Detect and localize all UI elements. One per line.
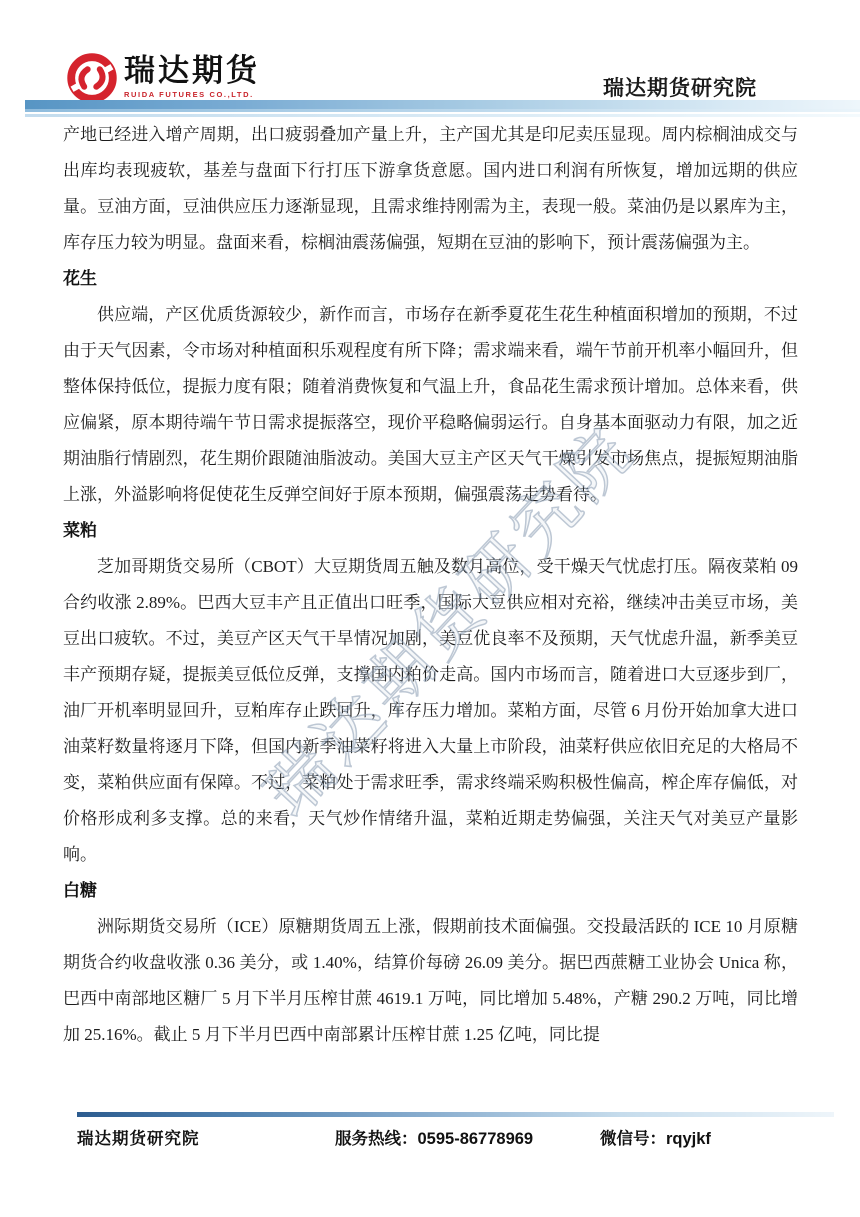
footer-hotline-number: 0595-86778969 — [418, 1130, 534, 1148]
report-page: 瑞达期货 RUIDA FUTURES CO.,LTD. 瑞达期货研究院 瑞达期货… — [0, 0, 860, 1217]
section-heading-rapeseed-meal: 菜粕 — [63, 513, 798, 549]
brand-name: 瑞达期货 — [124, 50, 260, 92]
header-divider-line-light — [25, 109, 860, 112]
footer-institute: 瑞达期货研究院 — [77, 1125, 200, 1149]
report-body: 产地已经进入增产周期，出口疲弱叠加产量上升，主产国尤其是印尼卖压显现。周内棕榈油… — [63, 117, 798, 1053]
brand-subtitle: RUIDA FUTURES CO.,LTD. — [124, 90, 260, 99]
brand-text: 瑞达期货 RUIDA FUTURES CO.,LTD. — [124, 50, 260, 99]
paragraph-sugar: 洲际期货交易所（ICE）原糖期货周五上涨，假期前技术面偏强。交投最活跃的 ICE… — [63, 909, 798, 1053]
header-institute-title: 瑞达期货研究院 — [603, 72, 757, 102]
page-header: 瑞达期货 RUIDA FUTURES CO.,LTD. 瑞达期货研究院 — [0, 0, 860, 120]
paragraph-intro-continuation: 产地已经进入增产周期，出口疲弱叠加产量上升，主产国尤其是印尼卖压显现。周内棕榈油… — [63, 117, 798, 261]
footer-wechat: 微信号：rqyjkf — [600, 1125, 711, 1149]
footer-divider-bar — [77, 1112, 834, 1117]
ruida-logo-icon — [66, 52, 118, 104]
brand-logo: 瑞达期货 RUIDA FUTURES CO.,LTD. — [66, 50, 260, 104]
paragraph-peanut: 供应端，产区优质货源较少，新作而言，市场存在新季夏花生花生种植面积增加的预期，不… — [63, 297, 798, 513]
footer-wechat-label: 微信号： — [600, 1130, 666, 1148]
paragraph-rapeseed-meal: 芝加哥期货交易所（CBOT）大豆期货周五触及数月高位，受干燥天气忧虑打压。隔夜菜… — [63, 549, 798, 873]
header-divider-bar — [25, 100, 860, 109]
page-footer: 瑞达期货研究院 服务热线：0595-86778969 微信号：rqyjkf — [77, 1122, 820, 1152]
footer-hotline: 服务热线：0595-86778969 — [335, 1125, 533, 1149]
footer-wechat-id: rqyjkf — [666, 1130, 711, 1148]
section-heading-sugar: 白糖 — [63, 873, 798, 909]
footer-hotline-label: 服务热线： — [335, 1130, 418, 1148]
section-heading-peanut: 花生 — [63, 261, 798, 297]
